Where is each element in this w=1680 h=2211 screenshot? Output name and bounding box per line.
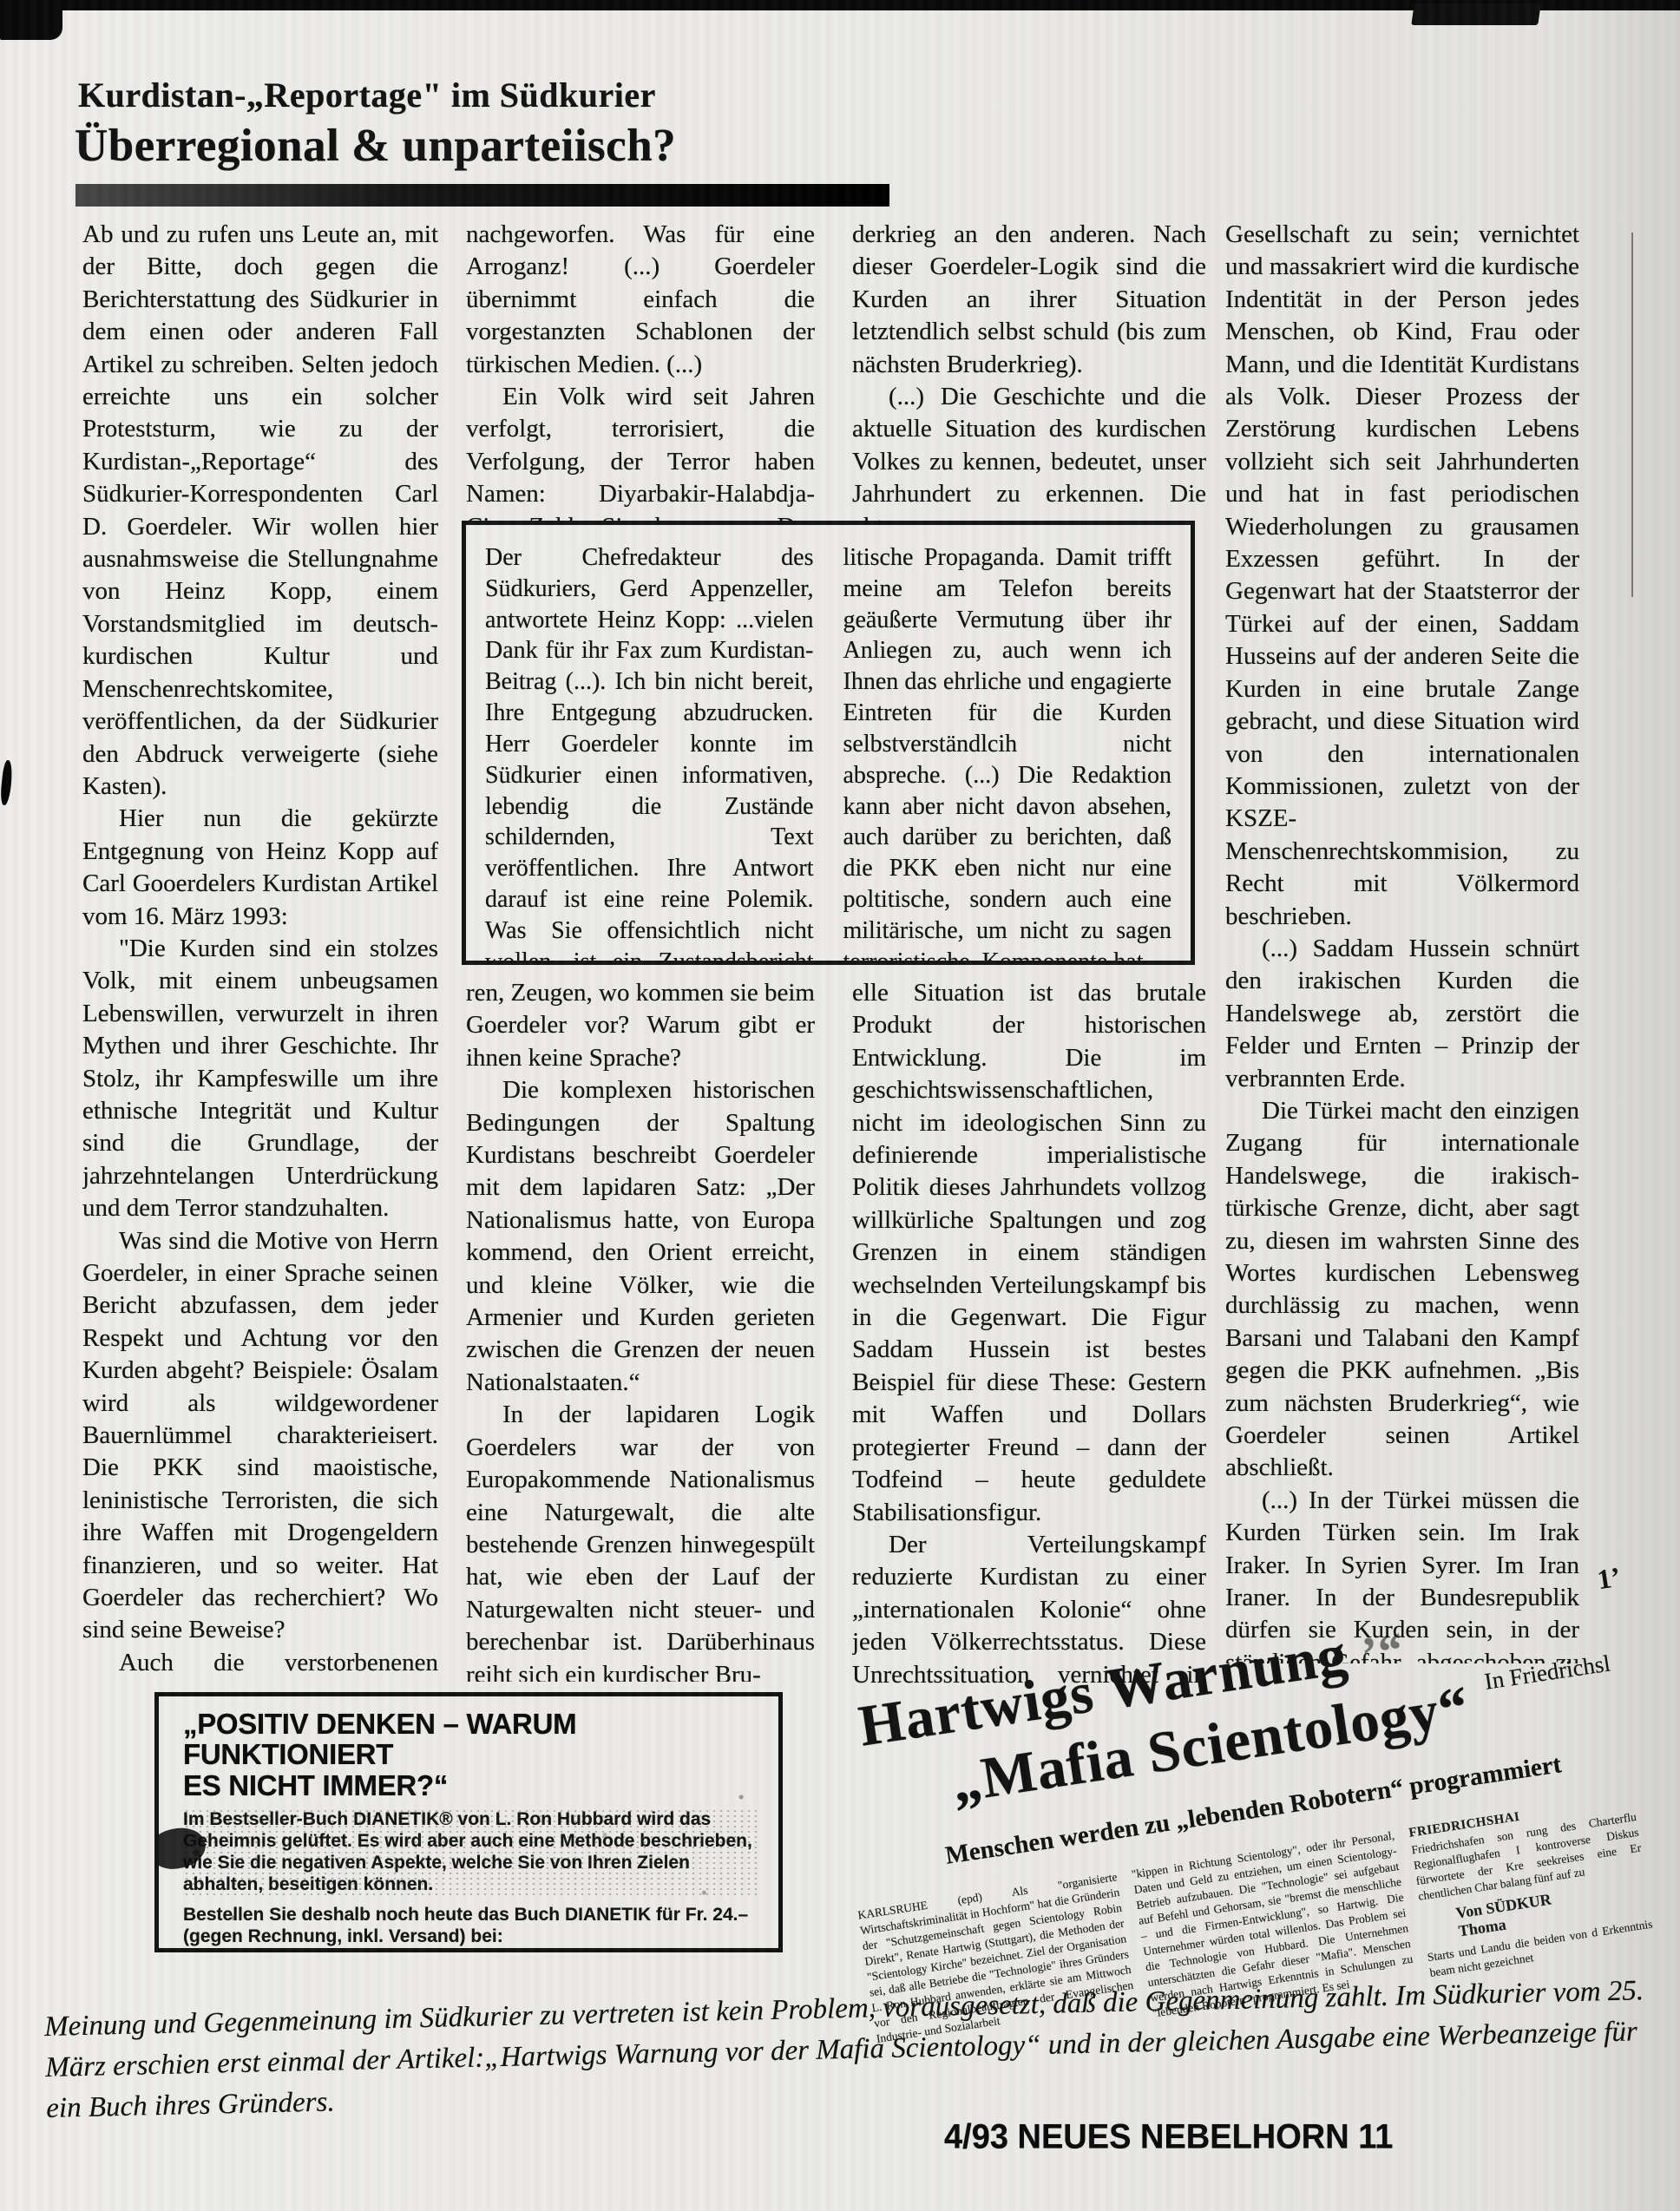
- paragraph: Ab und zu rufen uns Leute an, mit der Bi…: [82, 219, 438, 803]
- clipping-side-label: In Friedrichsl: [1483, 1650, 1612, 1696]
- article-column-3-top: derkrieg an den anderen. Nach dieser Goe…: [852, 219, 1206, 524]
- paragraph: Was sind die Motive von Herrn Goerdeler,…: [82, 1225, 438, 1647]
- paragraph: derkrieg an den anderen. Nach dieser Goe…: [852, 219, 1206, 381]
- paragraph: Auch die verstorbenenen nationalen Integ…: [82, 1647, 438, 1685]
- handwritten-caption: Meinung und Gegenmeinung im Südkurier zu…: [44, 1971, 1650, 2129]
- ad-title-line2: ES NICHT IMMER?“: [183, 1770, 758, 1801]
- scanned-newspaper-page: Kurdistan-„Reportage" im Südkurier Überr…: [0, 0, 1680, 2211]
- box-column-right: litische Propaganda. Damit trifft meine …: [843, 542, 1172, 943]
- dianetik-ad-box: „POSITIV DENKEN – WARUM FUNKTIONIERT ES …: [154, 1692, 783, 1952]
- paragraph: elle Situation ist das brutale Produkt d…: [852, 977, 1206, 1529]
- paragraph: Die Türkei macht den einzigen Zugang für…: [1225, 1095, 1579, 1485]
- scan-margin-mark: [0, 760, 14, 806]
- article-column-2-top: nachgeworfen. Was für eine Arroganz! (..…: [466, 219, 815, 524]
- box-column-left: Der Chefredakteur des Südkuriers, Gerd A…: [485, 542, 814, 943]
- paragraph: Ein Volk wird seit Jahren verfolgt, terr…: [466, 381, 815, 524]
- clipping-corner-mark: 1’: [1595, 1561, 1623, 1597]
- page-footer-label: 4/93 NEUES NEBELHORN 11: [944, 2118, 1393, 2157]
- ad-title-line1: „POSITIV DENKEN – WARUM FUNKTIONIERT: [183, 1709, 758, 1770]
- kicker: Kurdistan-„Reportage" im Südkurier: [78, 75, 656, 115]
- ad-order-text: Bestellen Sie deshalb noch heute das Buc…: [183, 1904, 758, 1947]
- headline-rule: [75, 184, 889, 207]
- cut-off-glyphs: ’“: [1358, 1623, 1407, 1681]
- paragraph: (...) Die Geschichte und die aktuelle Si…: [852, 381, 1206, 524]
- paragraph: Hier nun die gekürzte Entgegnung von Hei…: [82, 803, 438, 933]
- paragraph: In der lapidaren Logik Goerdelers war de…: [466, 1399, 815, 1682]
- paragraph: litische Propaganda. Damit trifft meine …: [843, 542, 1172, 965]
- article-column-1: Ab und zu rufen uns Leute an, mit der Bi…: [82, 219, 438, 1685]
- scan-corner-blob: [0, 0, 62, 40]
- paragraph: Die komplexen historischen Bedingungen d…: [466, 1074, 815, 1399]
- paragraph: nachgeworfen. Was für eine Arroganz! (..…: [466, 219, 815, 381]
- editor-reply-box: Der Chefredakteur des Südkuriers, Gerd A…: [462, 521, 1195, 965]
- clipping-column-right: FRIEDRICHSHAI Friedrichshafen son rung d…: [1408, 1792, 1656, 1981]
- article-column-4: Gesellschaft zu sein; vernichtet und mas…: [1225, 219, 1579, 1663]
- ad-title: „POSITIV DENKEN – WARUM FUNKTIONIERT ES …: [183, 1709, 758, 1801]
- ad-body-text: Im Bestseller-Buch DIANETIK® von L. Ron …: [183, 1808, 758, 1896]
- paragraph: ren, Zeugen, wo kommen sie beim Goerdele…: [466, 977, 815, 1074]
- paragraph: "Die Kurden sind ein stolzes Volk, mit e…: [82, 933, 438, 1225]
- paragraph: Gesellschaft zu sein; vernichtet und mas…: [1225, 219, 1579, 933]
- article-column-2-bottom: ren, Zeugen, wo kommen sie beim Goerdele…: [466, 977, 815, 1682]
- paragraph: Der Chefredakteur des Südkuriers, Gerd A…: [485, 542, 814, 965]
- scan-ink-blob: [1411, 3, 1541, 25]
- paragraph: (...) Saddam Hussein schnürt den irakisc…: [1225, 933, 1579, 1095]
- article-column-3-bottom: elle Situation ist das brutale Produkt d…: [852, 977, 1206, 1687]
- scan-column-rule: [1631, 233, 1633, 597]
- page-title: Überregional & unparteiisch?: [75, 120, 676, 172]
